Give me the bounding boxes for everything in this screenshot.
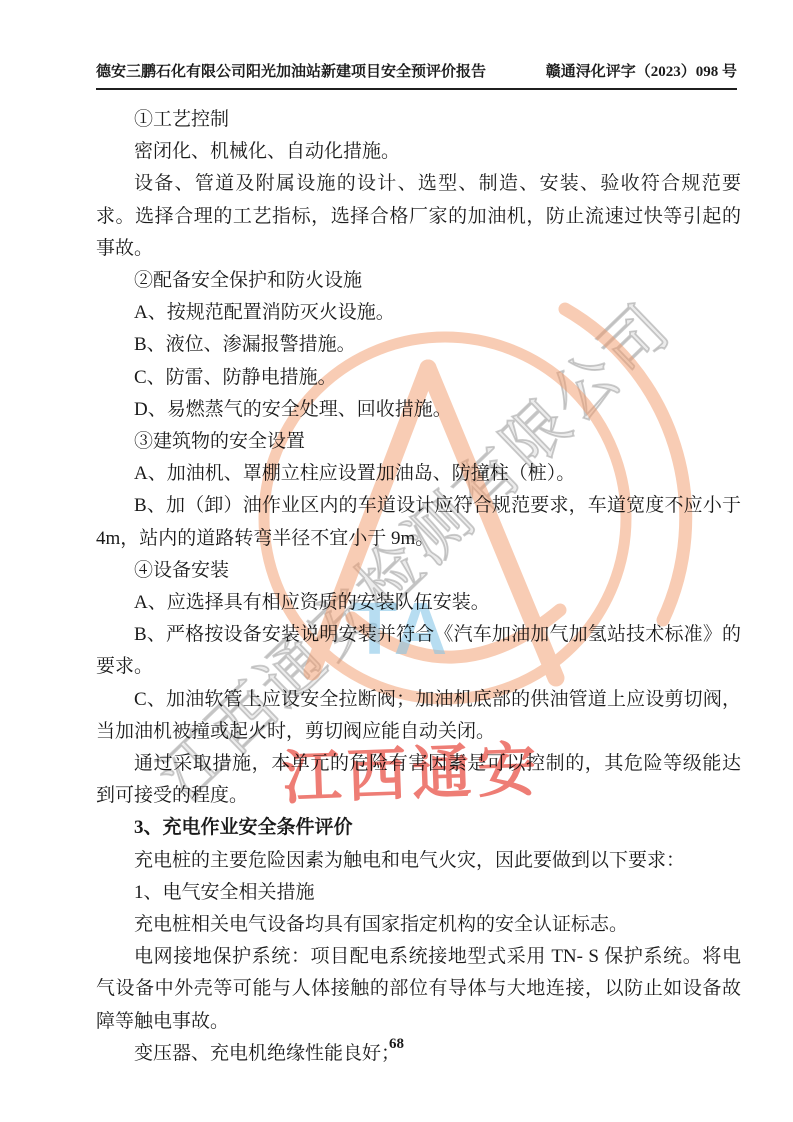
paragraph: 设备、管道及附属设施的设计、选型、制造、安装、验收符合规范要求。选择合理的工艺指… (96, 168, 741, 265)
document-body: ①工艺控制密闭化、机械化、自动化措施。设备、管道及附属设施的设计、选型、制造、安… (96, 104, 741, 1070)
header-document-number: 赣通浔化评字（2023）098 号 (546, 60, 737, 81)
paragraph: ④设备安装 (96, 555, 741, 587)
paragraph: 1、电气安全相关措施 (96, 877, 741, 909)
paragraph: A、应选择具有相应资质的安装队伍安装。 (96, 587, 741, 619)
paragraph: ②配备安全保护和防火设施 (96, 265, 741, 297)
paragraph: 电网接地保护系统：项目配电系统接地型式采用 TN- S 保护系统。将电气设备中外… (96, 941, 741, 1038)
paragraph: B、加（卸）油作业区内的车道设计应符合规范要求，车道宽度不应小于 4m，站内的道… (96, 490, 741, 554)
paragraph: C、加油软管上应设安全拉断阀；加油机底部的供油管道上应设剪切阀，当加油机被撞或起… (96, 684, 741, 748)
header-report-title: 德安三鹏石化有限公司阳光加油站新建项目安全预评价报告 (96, 60, 486, 81)
section-heading: 3、充电作业安全条件评价 (96, 812, 741, 844)
paragraph: ③建筑物的安全设置 (96, 426, 741, 458)
paragraph: 通过采取措施，本单元的危险有害因素是可以控制的，其危险等级能达到可接受的程度。 (96, 748, 741, 812)
paragraph: B、液位、渗漏报警措施。 (96, 329, 741, 361)
paragraph: 密闭化、机械化、自动化措施。 (96, 136, 741, 168)
paragraph: 充电桩的主要危险因素为触电和电气火灾，因此要做到以下要求： (96, 845, 741, 877)
page-header: 德安三鹏石化有限公司阳光加油站新建项目安全预评价报告 赣通浔化评字（2023）0… (96, 60, 737, 90)
page-footer: 68 (0, 1036, 793, 1053)
paragraph: 充电桩相关电气设备均具有国家指定机构的安全认证标志。 (96, 909, 741, 941)
paragraph: D、易燃蒸气的安全处理、回收措施。 (96, 394, 741, 426)
paragraph: A、按规范配置消防灭火设施。 (96, 297, 741, 329)
paragraph: B、严格按设备安装说明安装并符合《汽车加油加气加氢站技术标准》的要求。 (96, 619, 741, 683)
paragraph: C、防雷、防静电措施。 (96, 362, 741, 394)
paragraph: ①工艺控制 (96, 104, 741, 136)
paragraph: A、加油机、罩棚立柱应设置加油岛、防撞柱（桩）。 (96, 458, 741, 490)
page-number: 68 (389, 1036, 404, 1052)
document-page: 德安三鹏石化有限公司阳光加油站新建项目安全预评价报告 赣通浔化评字（2023）0… (0, 0, 793, 1122)
